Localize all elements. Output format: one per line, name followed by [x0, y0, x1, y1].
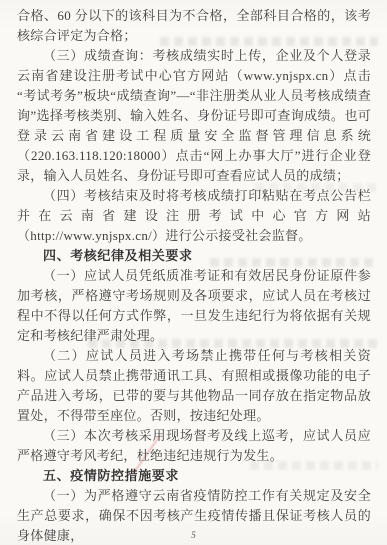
- body-paragraph: （三）成绩查询：考核成绩实时上传，企业及个人登录云南省建设注册考试中心官方网站（…: [17, 46, 371, 186]
- body-paragraph: （四）考核结束及时将考核成绩打印粘贴在考点公告栏并在云南省建设注册考试中心官方网…: [17, 186, 371, 246]
- body-paragraph: 合格、60 分以下的该科目为不合格，全部科目合格的，该考核综合评定为合格；: [17, 6, 371, 46]
- body-paragraph: （二）应试人员进入考场禁止携带任何与考核相关资料。应试人员禁止携带通讯工具、有照…: [17, 346, 371, 426]
- section-heading: 五、疫情防控措施要求: [17, 466, 371, 486]
- page-number: 5: [0, 530, 387, 540]
- body-paragraph: （三）本次考核采用现场督考及线上巡考，应试人员应严格遵守考风考纪，杜绝违纪违规行…: [17, 426, 371, 466]
- scanned-document-page: 合格、60 分以下的该科目为不合格，全部科目合格的，该考核综合评定为合格；（三）…: [0, 0, 387, 545]
- body-paragraph: （一）应试人员凭纸质准考证和有效居民身份证原件参加考核，严格遵守考场规则及各项要…: [17, 266, 371, 346]
- document-body: 合格、60 分以下的该科目为不合格，全部科目合格的，该考核综合评定为合格；（三）…: [17, 6, 371, 545]
- section-heading: 四、考核纪律及相关要求: [17, 246, 371, 266]
